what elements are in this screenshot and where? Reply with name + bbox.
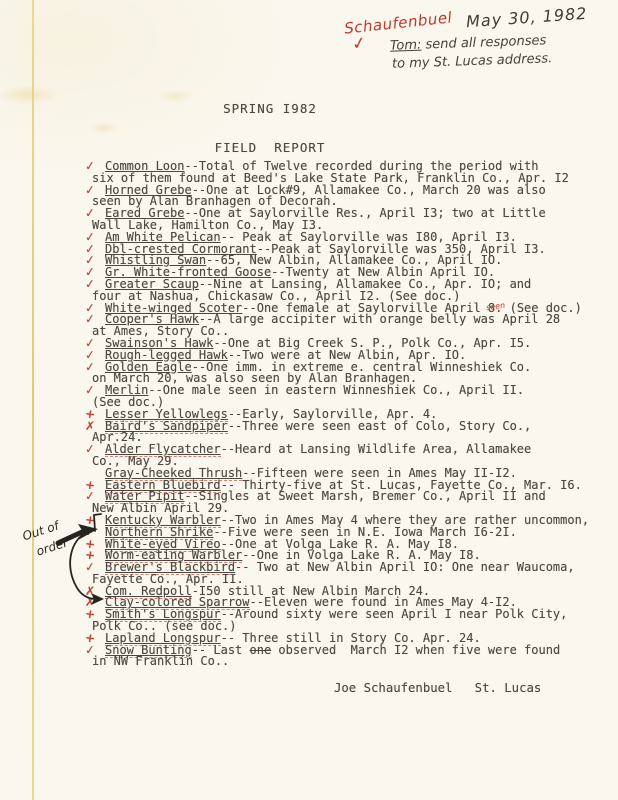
out-of-order-arrow-drawing <box>8 500 138 625</box>
check-mark: ✓ <box>84 385 95 398</box>
x-mark: ✗ <box>85 420 95 432</box>
check-mark: ✓ <box>84 208 95 221</box>
report-title-line2: FIELD REPORT <box>148 141 392 154</box>
entry-text: --Heard at Lansing Wildlife Area, Allama… <box>221 442 532 456</box>
entry-text: observed March I2 when five were found <box>271 643 560 657</box>
report-entry: ✓Brewer's Blackbird-- Two at New Albin A… <box>92 562 604 586</box>
check-mark: ✓ <box>84 161 95 174</box>
report-title-line1: SPRING I982 <box>148 102 392 115</box>
report-entry: ✓Snow Bunting-- Last one observed March … <box>92 645 604 669</box>
check-mark: ✓ <box>84 278 95 291</box>
paper-fold-line <box>32 0 34 800</box>
note-label: Tom: <box>390 38 422 54</box>
entry-text: --One male seen in eastern Winneshiek Co… <box>148 383 524 397</box>
handwritten-note-line2: to my St. Lucas address. <box>392 51 553 72</box>
report-entry: ✓Merlin--One male seen in eastern Winnes… <box>92 385 604 409</box>
scanned-page: Schaufenbuel May 30, 1982 ✓ Tom: send al… <box>0 0 618 800</box>
entry-text: --Three were seen east of Colo, Story Co… <box>228 419 531 433</box>
report-entry: ✓Eared Grebe--One at Saylorville Res., A… <box>92 208 604 232</box>
handwritten-date: May 30, 1982 <box>465 4 587 31</box>
check-mark: ✓ <box>84 314 95 327</box>
check-mark: ✓ <box>84 184 95 197</box>
report-entry: ✓Water Pipit--Singles at Sweet Marsh, Br… <box>92 491 604 515</box>
signature: Joe Schaufenbuel St. Lucas <box>334 681 541 695</box>
entry-text: --Around sixty were seen April I near Po… <box>221 607 568 621</box>
report-entry: ✓Greater Scaup--Nine at Lansing, Allamak… <box>92 279 604 303</box>
struck-word: one <box>250 643 272 657</box>
entry-text: --A large accipiter with orange belly wa… <box>199 312 560 326</box>
report-entry: ✓Horned Grebe--One at Lock#9, Allamakee … <box>92 185 604 209</box>
check-mark: ✓ <box>84 644 95 657</box>
entry-text: -- Two at New Albin April IO: One near W… <box>235 560 575 574</box>
check-mark: ✓ <box>84 361 95 374</box>
entry-continuation-line: in NW Franklin Co.. <box>92 656 604 668</box>
entry-first-line: Baird's Sandpiper--Three were seen east … <box>92 421 604 433</box>
report-entry: ✓Common Loon--Total of Twelve recorded d… <box>92 161 604 185</box>
report-body: ✓Common Loon--Total of Twelve recorded d… <box>92 161 604 668</box>
red-check-mark-top: ✓ <box>350 33 368 55</box>
report-entry: ✓Cooper's Hawk--A large accipiter with o… <box>92 314 604 338</box>
report-entry: ✓Alder Flycatcher--Heard at Lansing Wild… <box>92 444 604 468</box>
report-entry: ✗Baird's Sandpiper--Three were seen east… <box>92 421 604 445</box>
note-rest: send all responses <box>421 33 546 52</box>
check-mark: ✓ <box>84 444 95 457</box>
report-entry: +Smith's Longspur--Around sixty were see… <box>92 609 604 633</box>
entry-text: --Singles at Sweet Marsh, Bremer Co., Ap… <box>184 489 545 503</box>
handwritten-note-line1: Tom: send all responses <box>390 33 547 53</box>
report-entry: ✓Golden Eagle--One imm. in extreme e. ce… <box>92 362 604 386</box>
entry-first-line: Merlin--One male seen in eastern Winnesh… <box>92 385 604 397</box>
